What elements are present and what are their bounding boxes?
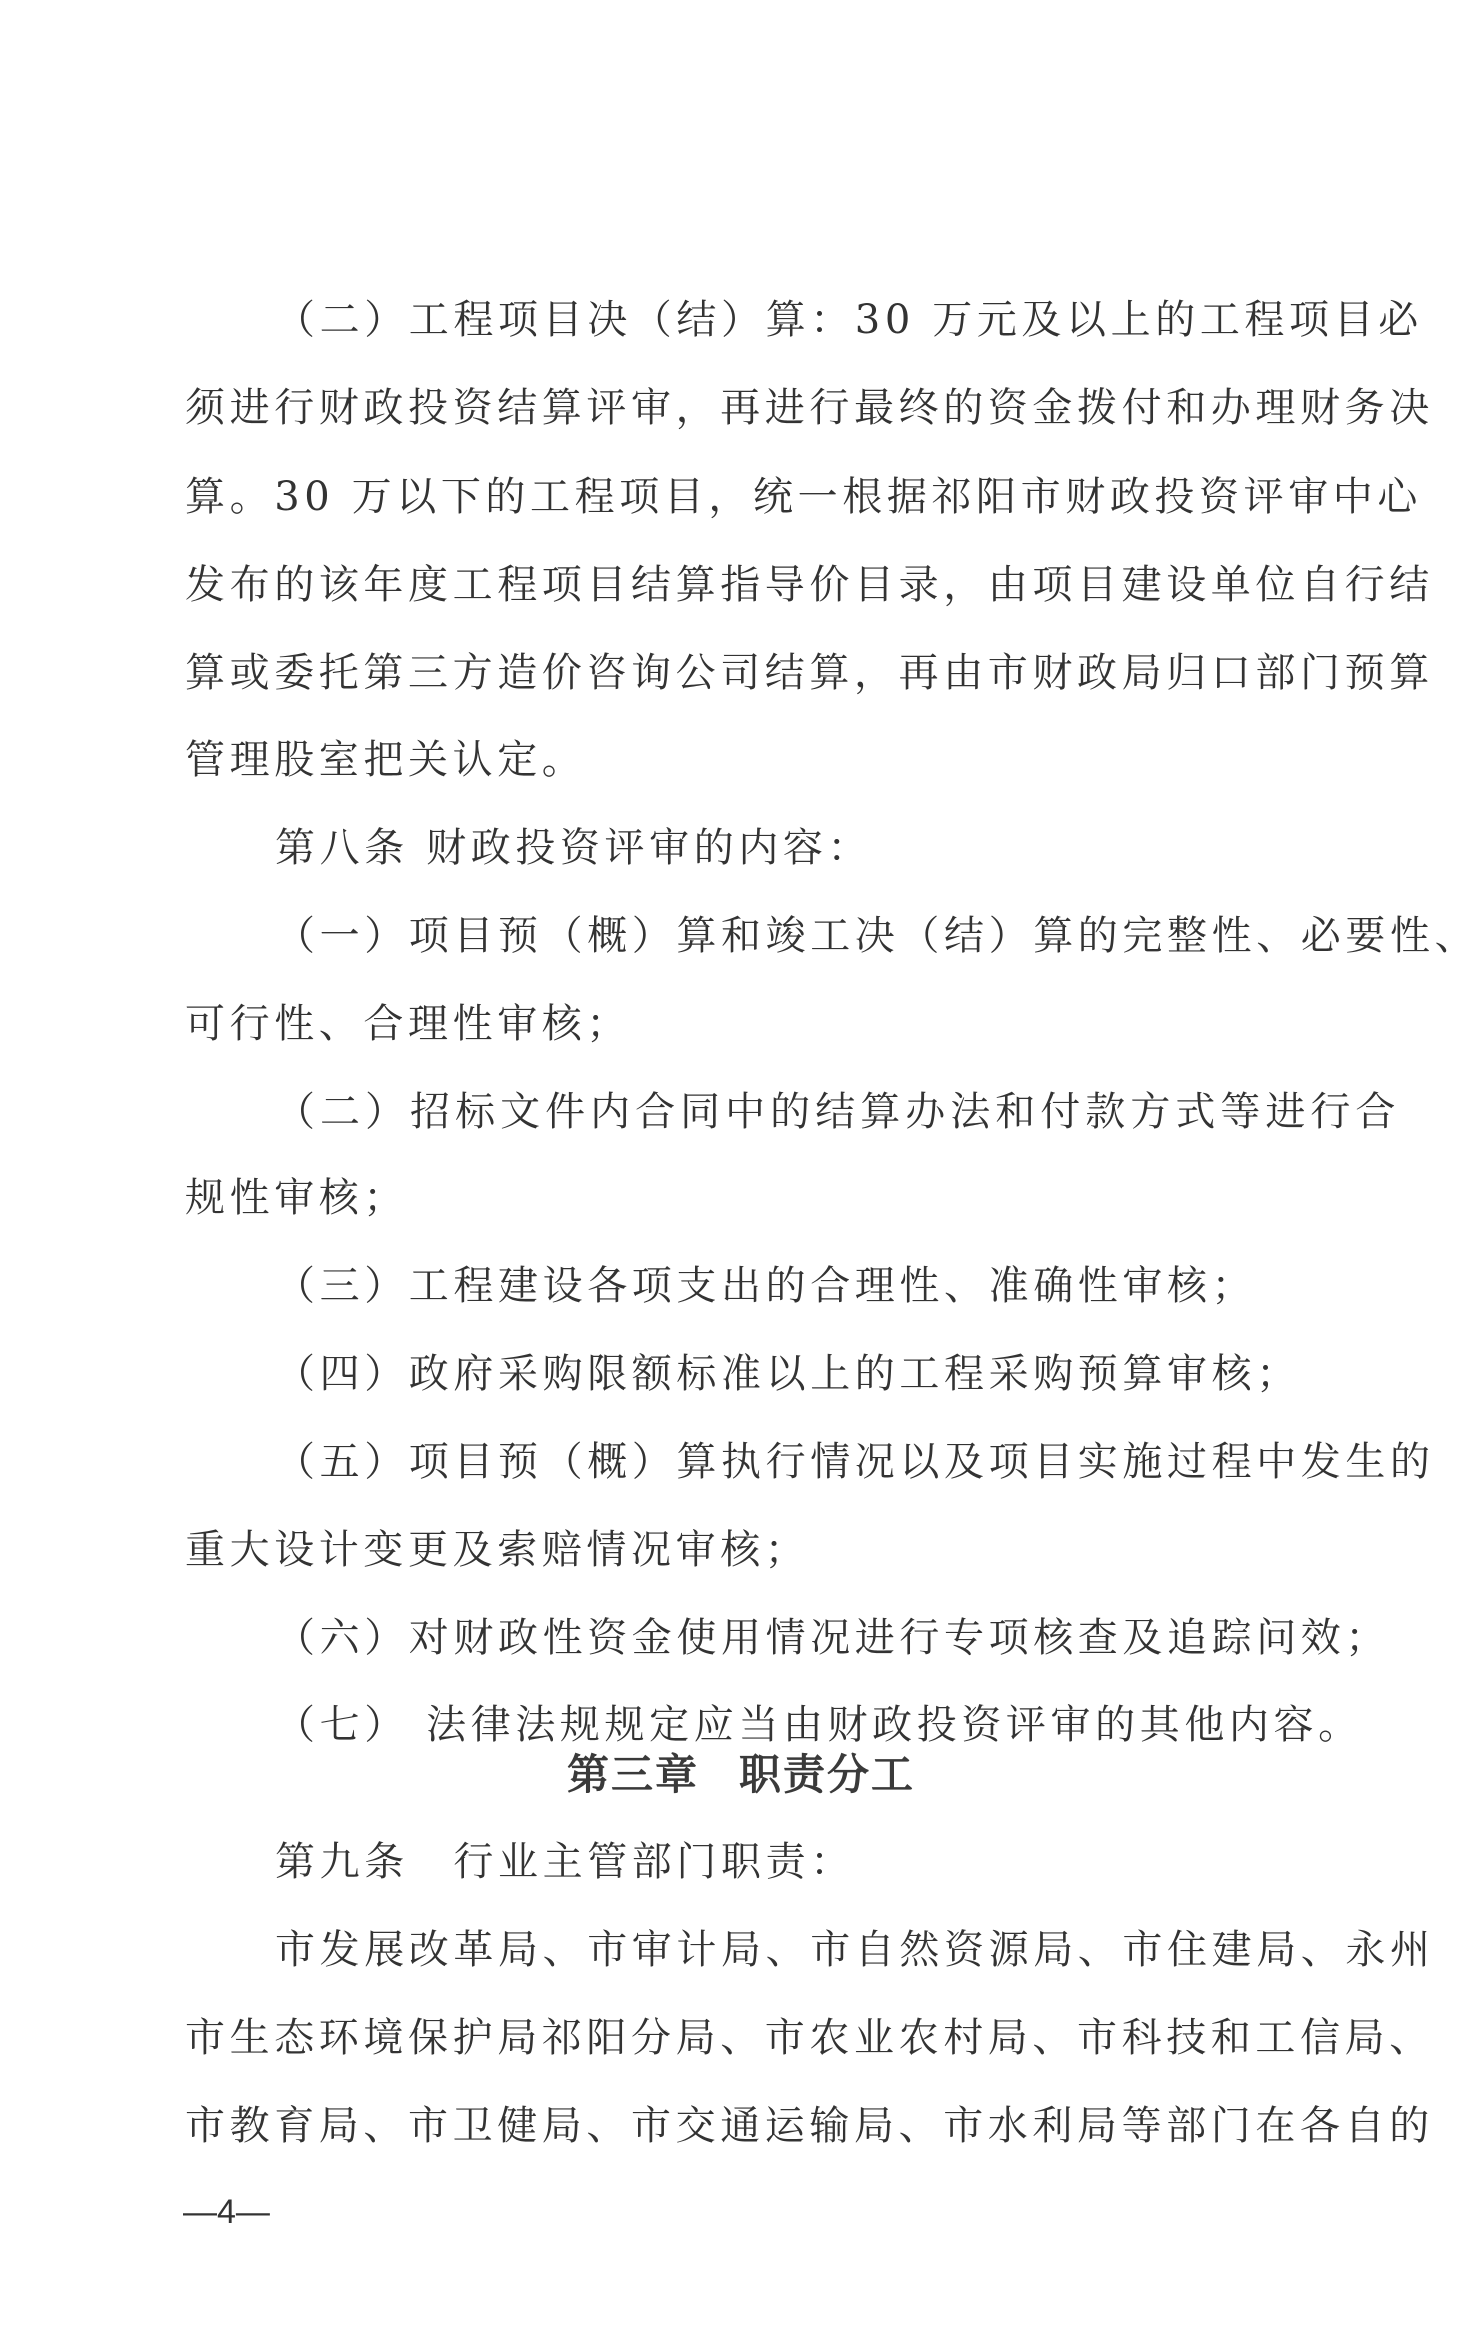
list-item-line: 规性审核； — [185, 1168, 1400, 1228]
text-line: 算。30 万以下的工程项目，统一根据祁阳市财政投资评审中心 — [185, 467, 1400, 527]
list-item-line: （三）工程建设各项支出的合理性、准确性审核； — [275, 1256, 1400, 1316]
chapter-number: 第三章 — [567, 1750, 699, 1799]
page-number: —4— — [183, 2188, 270, 2236]
text-line: 市发展改革局、市审计局、市自然资源局、市住建局、永州 — [275, 1920, 1400, 1980]
document-page: （二）工程项目决（结）算：30 万元及以上的工程项目必 须进行财政投资结算评审，… — [0, 0, 1482, 2338]
text-line: 须进行财政投资结算评审，再进行最终的资金拨付和办理财务决 — [185, 378, 1400, 438]
text-line: 发布的该年度工程项目结算指导价目录，由项目建设单位自行结 — [185, 555, 1400, 615]
chapter-heading: 第三章职责分工 — [0, 1745, 1482, 1805]
article-title: 第八条 财政投资评审的内容： — [275, 818, 1400, 878]
list-item-line: （二）招标文件内合同中的结算办法和付款方式等进行合 — [275, 1082, 1400, 1142]
list-item-line: （一）项目预（概）算和竣工决（结）算的完整性、必要性、 — [275, 906, 1400, 966]
text-line: 算或委托第三方造价咨询公司结算，再由市财政局归口部门预算 — [185, 643, 1400, 703]
list-item-line: 可行性、合理性审核； — [185, 994, 1400, 1054]
list-item-line: （五）项目预（概）算执行情况以及项目实施过程中发生的 — [275, 1432, 1400, 1492]
article-title: 第九条 行业主管部门职责： — [275, 1832, 1400, 1892]
chapter-title: 职责分工 — [739, 1750, 915, 1799]
list-item-line: （六）对财政性资金使用情况进行专项核查及追踪问效； — [275, 1608, 1400, 1668]
text-line: （二）工程项目决（结）算：30 万元及以上的工程项目必 — [275, 290, 1400, 350]
list-item-line: 重大设计变更及索赔情况审核； — [185, 1520, 1400, 1580]
list-item-line: （四）政府采购限额标准以上的工程采购预算审核； — [275, 1344, 1400, 1404]
text-line: 管理股室把关认定。 — [185, 730, 1400, 790]
text-line: 市教育局、市卫健局、市交通运输局、市水利局等部门在各自的 — [185, 2096, 1400, 2156]
text-line: 市生态环境保护局祁阳分局、市农业农村局、市科技和工信局、 — [185, 2008, 1400, 2068]
